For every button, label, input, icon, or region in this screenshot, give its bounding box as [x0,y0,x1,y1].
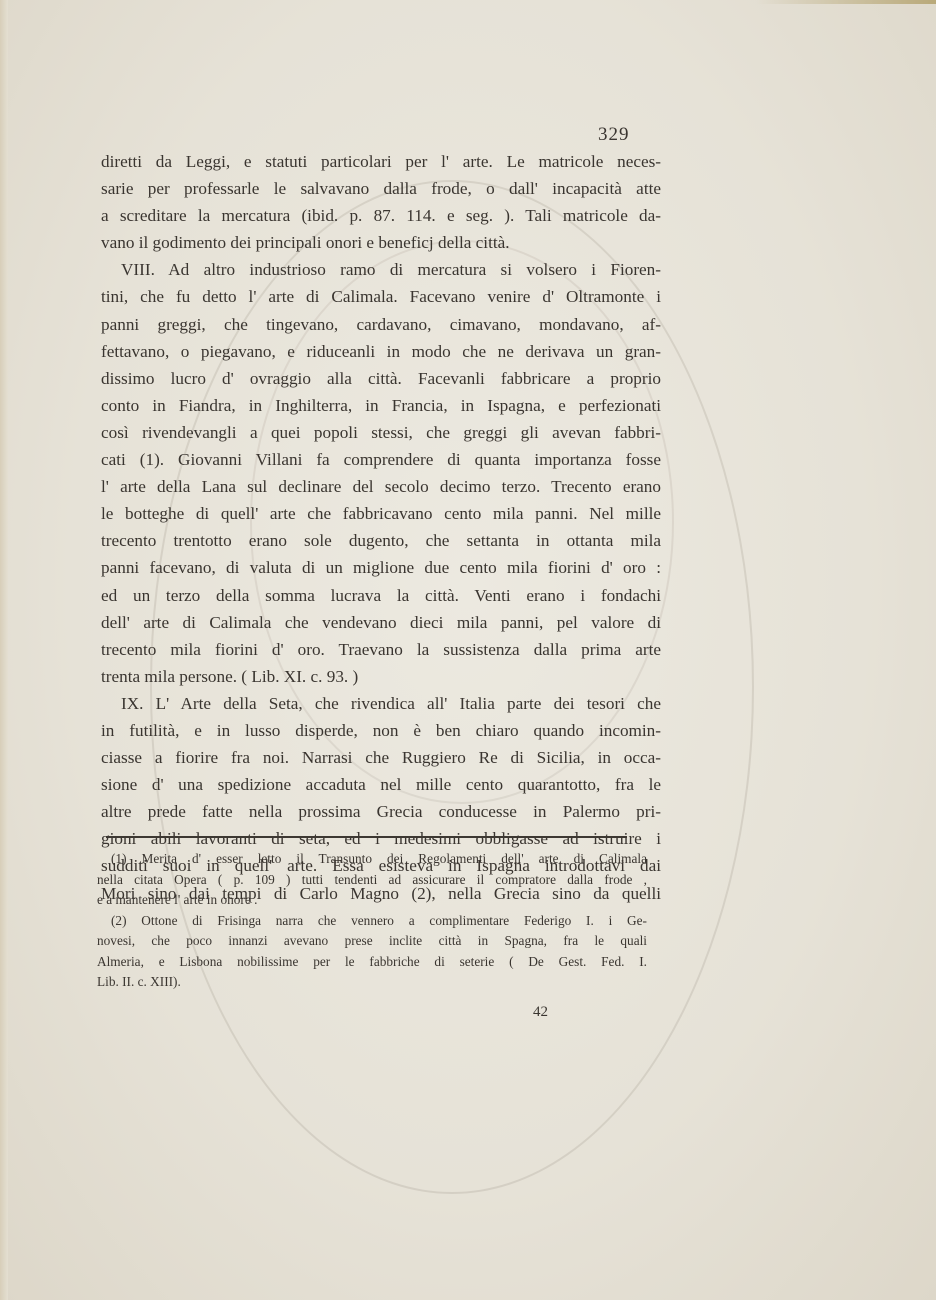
body-text-line: trecento mila fiorini d' oro. Traevano l… [101,636,661,663]
body-text-line: diretti da Leggi, e statuti particolari … [101,148,661,175]
body-text-line: sione d' una spedizione accaduta nel mil… [101,771,661,798]
body-text-line: ed un terzo della somma lucrava la città… [101,582,661,609]
footnote-line: e a mantenere l' arte in onore . [97,890,647,911]
body-text-line: vano il godimento dei principali onori e… [101,229,661,256]
footnote-separator-rule [106,836,627,838]
body-text-line: tini, che fu detto l' arte di Calimala. … [101,283,661,310]
body-text-line: IX. L' Arte della Seta, che rivendica al… [101,690,661,717]
body-text-line: VIII. Ad altro industrioso ramo di merca… [101,256,661,283]
page-number: 329 [598,124,630,146]
body-text-line: conto in Fiandra, in Inghilterra, in Fra… [101,392,661,419]
body-text-line: dell' arte di Calimala che vendevano die… [101,609,661,636]
footnote-line: (1) Merita d' esser letto il Transunto d… [97,849,647,870]
footnote-line: Lib. II. c. XIII). [97,972,647,993]
body-text-line: le botteghe di quell' arte che fabbricav… [101,500,661,527]
body-text-line: a screditare la mercatura (ibid. p. 87. … [101,202,661,229]
body-text-line: sarie per professarle le salvavano dalla… [101,175,661,202]
body-text-line: altre prede fatte nella prossima Grecia … [101,798,661,825]
body-text-line: panni facevano, di valuta di un miglione… [101,554,661,581]
body-text-line: ciasse a fiorire fra noi. Narrasi che Ru… [101,744,661,771]
footnotes: (1) Merita d' esser letto il Transunto d… [97,849,647,993]
body-text-line: l' arte della Lana sul declinare del sec… [101,473,661,500]
body-text-line: dissimo lucro d' ovraggio alla città. Fa… [101,365,661,392]
page-edge-left [0,0,8,1300]
body-text: diretti da Leggi, e statuti particolari … [101,148,661,907]
body-text-line: fettavano, o piegavano, e riduceanli in … [101,338,661,365]
body-text-line: cati (1). Giovanni Villani fa comprender… [101,446,661,473]
body-text-line: trenta mila persone. ( Lib. XI. c. 93. ) [101,663,661,690]
body-text-line: trecento trentotto erano sole dugento, c… [101,527,661,554]
page-edge-top-right [756,0,936,4]
signature-mark: 42 [533,1004,548,1021]
body-text-line: panni greggi, che tingevano, cardavano, … [101,311,661,338]
footnote-line: Almeria, e Lisbona nobilissime per le fa… [97,952,647,973]
footnote-line: nella citata Opera ( p. 109 ) tutti tend… [97,870,647,891]
footnote-line: novesi, che poco innanzi avevano prese i… [97,931,647,952]
footnote-line: (2) Ottone di Frisinga narra che vennero… [97,911,647,932]
scanned-book-page: 329 diretti da Leggi, e statuti particol… [0,0,936,1300]
body-text-line: in futilità, e in lusso disperde, non è … [101,717,661,744]
body-text-line: così rivendevangli a quei popoli stessi,… [101,419,661,446]
